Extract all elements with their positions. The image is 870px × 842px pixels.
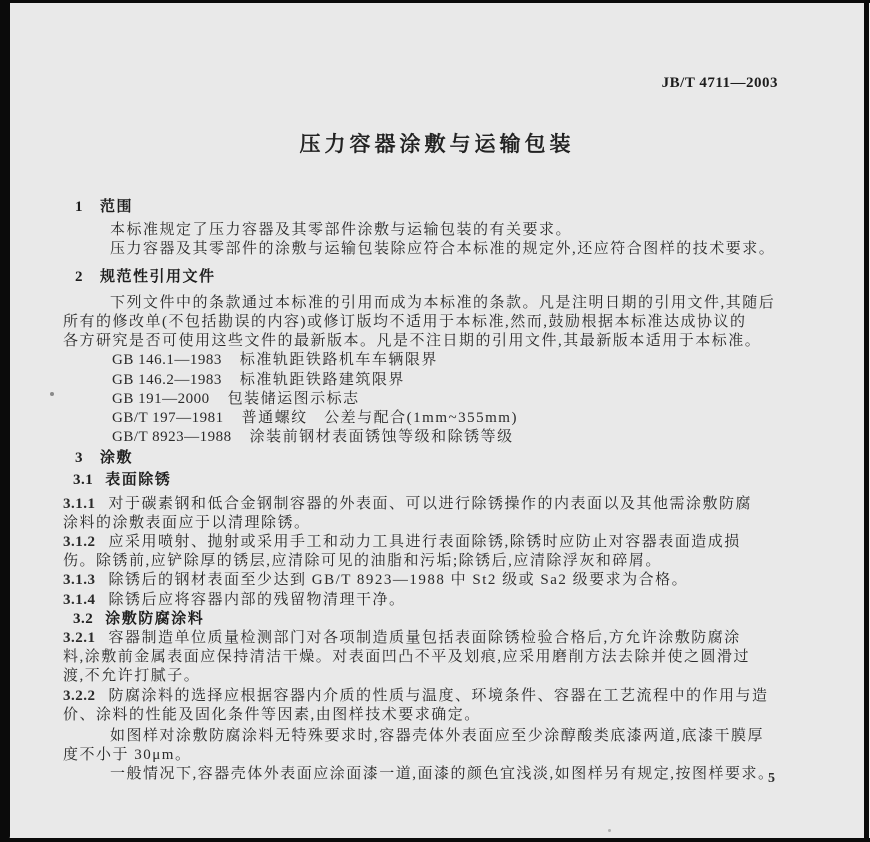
- clause-number: 3.1.2: [63, 533, 96, 552]
- reference-code: GB 146.2—1983: [112, 371, 222, 390]
- subsection-title: 涂敷防腐涂料: [105, 611, 204, 627]
- clause-text: 除锈后应将容器内部的残留物清理干净。: [109, 592, 406, 608]
- text-line: 所有的修改单(不包括勘误的内容)或修订版均不适用于本标准,然而,鼓励根据本标准达…: [63, 313, 823, 332]
- section-number: 3: [75, 449, 83, 468]
- clause-number: 3.1.4: [63, 591, 96, 610]
- clause-number: 3.2.1: [63, 629, 96, 648]
- section-heading-2: 2规范性引用文件: [75, 268, 823, 287]
- text-line: 涂料的涂敷表面应于以清理除锈。: [63, 514, 823, 533]
- text-line: 压力容器及其零部件的涂敷与运输包装除应符合本标准的规定外,还应符合图样的技术要求…: [63, 240, 823, 259]
- text-line: 度不小于 30μm。: [63, 746, 823, 765]
- reference-code: GB 146.1—1983: [112, 351, 222, 370]
- clause-number: 3.1.3: [63, 571, 96, 590]
- reference-item: GB/T 8923—1988涂装前钢材表面锈蚀等级和除锈等级: [63, 428, 823, 447]
- reference-title: 涂装前钢材表面锈蚀等级和除锈等级: [250, 429, 514, 445]
- scanned-page: JB/T 4711—2003 压力容器涂敷与运输包装 1范围 本标准规定了压力容…: [10, 3, 864, 838]
- scan-speck: [608, 829, 611, 832]
- text-line: 料,涂敷前金属表面应保持清洁干燥。对表面凹凸不平及划痕,应采用磨削方法去除并使之…: [63, 648, 823, 667]
- standard-code: JB/T 4711—2003: [662, 75, 778, 92]
- reference-code: GB/T 8923—1988: [112, 428, 232, 447]
- text-line: 各方研究是否可使用这些文件的最新版本。凡是不注日期的引用文件,其最新版本适用于本…: [63, 332, 823, 351]
- clause-3-1-2: 3.1.2应采用喷射、抛射或采用手工和动力工具进行表面除锈,除锈时应防止对容器表…: [63, 533, 823, 552]
- reference-item: GB 146.2—1983标准轨距铁路建筑限界: [63, 371, 823, 390]
- text-line: 本标准规定了压力容器及其零部件涂敷与运输包装的有关要求。: [63, 221, 823, 240]
- scan-border-left: [0, 0, 10, 842]
- document-title: 压力容器涂敷与运输包装: [10, 128, 864, 158]
- reference-title: 标准轨距铁路建筑限界: [240, 372, 405, 388]
- section-heading-3: 3涂敷: [75, 449, 823, 468]
- section-heading-1: 1范围: [75, 198, 823, 217]
- subsection-number: 3.2: [73, 610, 93, 629]
- clause-text: 除锈后的钢材表面至少达到 GB/T 8923—1988 中 St2 级或 Sa2…: [109, 572, 689, 588]
- scan-speck: [50, 392, 54, 396]
- clause-text: 应采用喷射、抛射或采用手工和动力工具进行表面除锈,除锈时应防止对容器表面造成损: [109, 534, 741, 550]
- clause-3-2-1: 3.2.1容器制造单位质量检测部门对各项制造质量包括表面除锈检验合格后,方允许涂…: [63, 629, 823, 648]
- reference-item: GB 191—2000包装储运图示标志: [63, 390, 823, 409]
- section-number: 1: [75, 198, 83, 217]
- section-number: 2: [75, 268, 83, 287]
- clause-3-2-2: 3.2.2防腐涂料的选择应根据容器内介质的性质与温度、环境条件、容器在工艺流程中…: [63, 687, 823, 706]
- text-line: 一般情况下,容器壳体外表面应涂面漆一道,面漆的颜色宜浅淡,如图样另有规定,按图样…: [63, 765, 823, 784]
- subsection-heading-3-2: 3.2涂敷防腐涂料: [73, 610, 823, 629]
- section-title: 规范性引用文件: [100, 269, 216, 285]
- subsection-number: 3.1: [73, 471, 93, 490]
- clause-text: 防腐涂料的选择应根据容器内介质的性质与温度、环境条件、容器在工艺流程中的作用与造: [109, 688, 769, 704]
- reference-title: 普通螺纹 公差与配合(1mm~355mm): [242, 410, 518, 426]
- text-line: 价、涂料的性能及固化条件等因素,由图样技术要求确定。: [63, 706, 823, 725]
- section-title: 范围: [100, 199, 133, 215]
- clause-number: 3.1.1: [63, 495, 96, 514]
- subsection-heading-3-1: 3.1表面除锈: [73, 471, 823, 490]
- clause-text: 对于碳素钢和低合金钢制容器的外表面、可以进行除锈操作的内表面以及其他需涂敷防腐: [109, 496, 753, 512]
- clause-number: 3.2.2: [63, 687, 96, 706]
- scan-border-top: [0, 0, 870, 3]
- reference-item: GB 146.1—1983标准轨距铁路机车车辆限界: [63, 351, 823, 370]
- section-title: 涂敷: [100, 450, 133, 466]
- text-line: 伤。除锈前,应铲除厚的锈层,应清除可见的油脂和污垢;除锈后,应清除浮灰和碎屑。: [63, 552, 823, 571]
- document-body: 1范围 本标准规定了压力容器及其零部件涂敷与运输包装的有关要求。 压力容器及其零…: [63, 198, 823, 784]
- text-line: 下列文件中的条款通过本标准的引用而成为本标准的条款。凡是注明日期的引用文件,其随…: [63, 294, 823, 313]
- clause-text: 容器制造单位质量检测部门对各项制造质量包括表面除锈检验合格后,方允许涂敷防腐涂: [109, 630, 741, 646]
- subsection-title: 表面除锈: [105, 472, 171, 488]
- reference-item: GB/T 197—1981普通螺纹 公差与配合(1mm~355mm): [63, 409, 823, 428]
- reference-code: GB 191—2000: [112, 390, 210, 409]
- text-line: 如图样对涂敷防腐涂料无特殊要求时,容器壳体外表面应至少涂醇酸类底漆两道,底漆干膜…: [63, 727, 823, 746]
- clause-3-1-4: 3.1.4除锈后应将容器内部的残留物清理干净。: [63, 591, 823, 610]
- reference-title: 包装储运图示标志: [228, 391, 360, 407]
- scan-border-bottom: [0, 838, 870, 842]
- scan-border-right: [864, 0, 869, 842]
- clause-3-1-3: 3.1.3除锈后的钢材表面至少达到 GB/T 8923—1988 中 St2 级…: [63, 571, 823, 590]
- reference-title: 标准轨距铁路机车车辆限界: [240, 352, 438, 368]
- text-line: 渡,不允许打腻子。: [63, 667, 823, 686]
- reference-code: GB/T 197—1981: [112, 409, 224, 428]
- clause-3-1-1: 3.1.1对于碳素钢和低合金钢制容器的外表面、可以进行除锈操作的内表面以及其他需…: [63, 495, 823, 514]
- page-number: 5: [768, 771, 775, 787]
